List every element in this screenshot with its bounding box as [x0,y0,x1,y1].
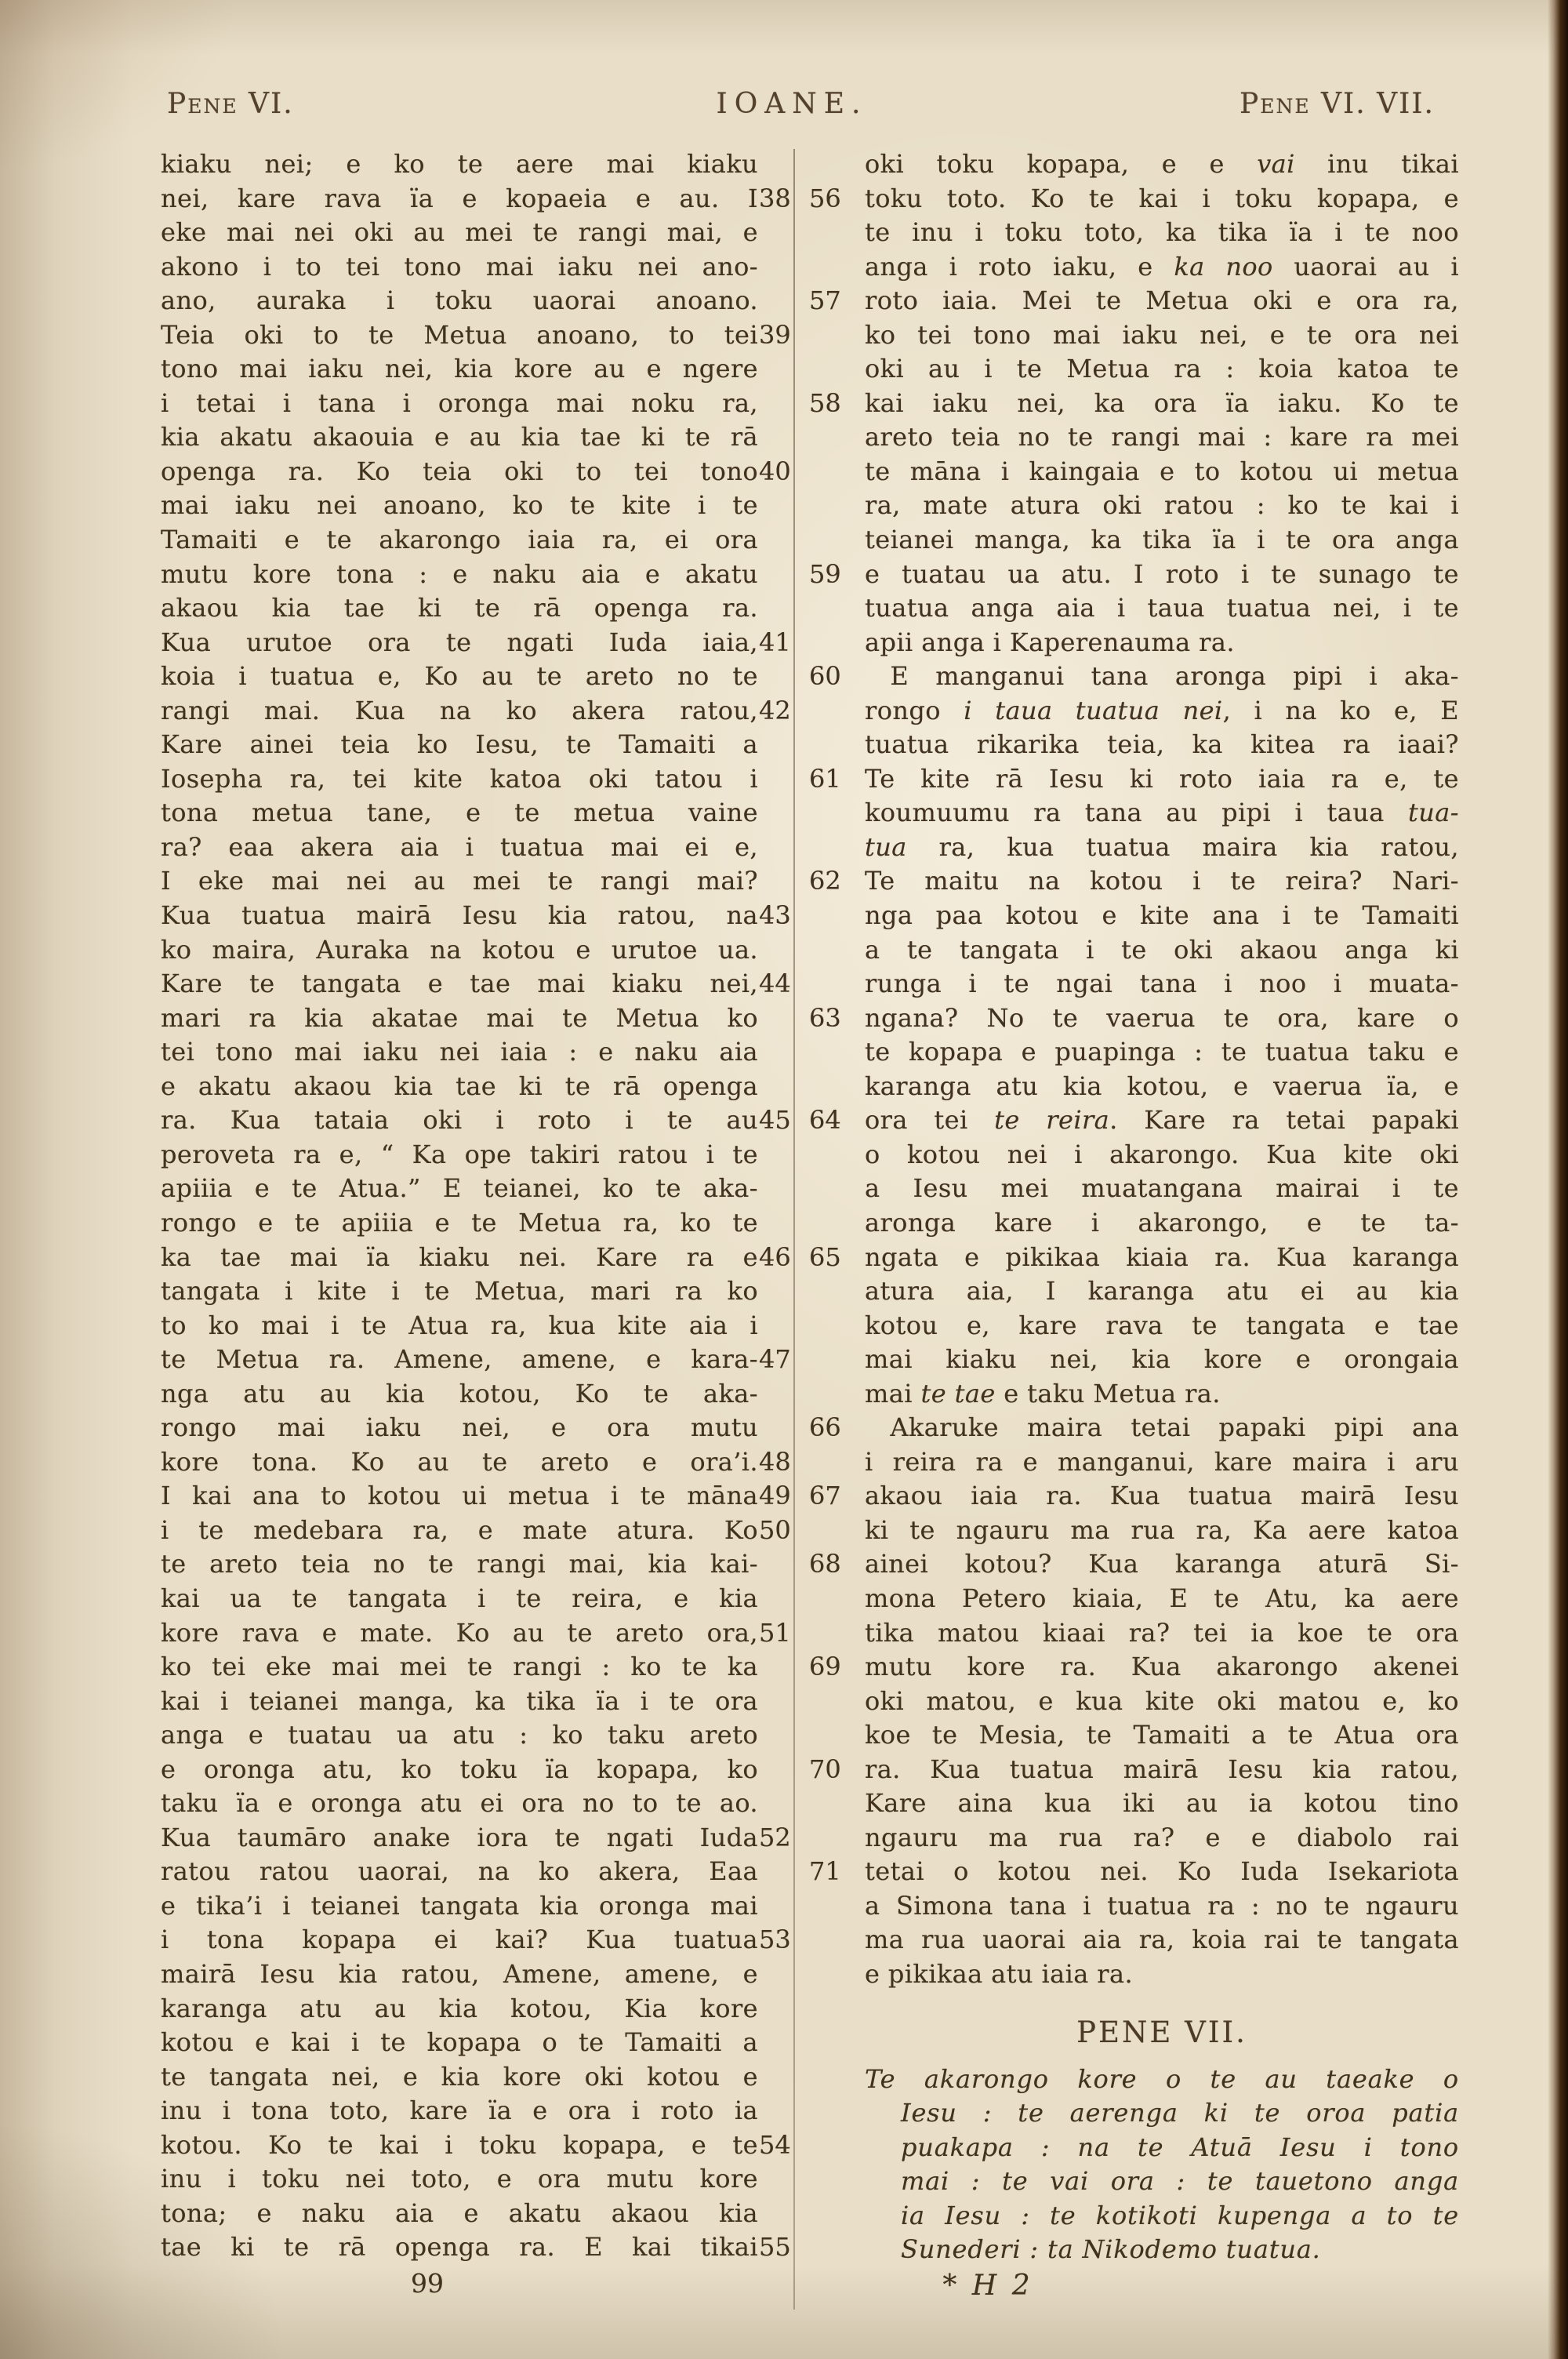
verse-line: koumuumu ra tana au pipi i taua tua- [865,796,1459,831]
italic-verse-text: ka noo [1174,252,1272,282]
verse-line: oki matou, e kua kite oki matou e, ko [865,1685,1459,1719]
verse-text: e tuatau ua atu. I roto i te sunago te [865,559,1459,589]
verse-line: inu i toku nei toto, e ora mutu kore [161,2162,758,2197]
verse-text: rongo mai iaku nei, e ora mutu [161,1412,758,1442]
verse-line: 40openga ra. Ko teia oki to tei tono [161,455,758,489]
verse-text: kotou. Ko te kai i toku kopapa, e te [161,2130,758,2160]
running-head-right: Pene VI. VII. [1121,88,1435,121]
verse-number: 61 [809,762,858,797]
verse-text: taku ïa e oronga atu ei ora no to te ao. [161,1788,758,1818]
verse-text: kai iaku nei, ka ora ïa iaku. Ko te [865,388,1459,418]
verse-line: 58kai iaku nei, ka ora ïa iaku. Ko te [865,387,1459,421]
verse-line: i tetai i tana i oronga mai noku ra, [161,387,758,421]
book-page-photo: { "header": { "left": "Pene VI.", "cente… [0,0,1568,2359]
verse-text: rangi mai. Kua na ko akera ratou, [161,696,758,725]
verse-text: oki matou, e kua kite oki matou e, ko [865,1686,1459,1716]
verse-text: e akatu akaou kia tae ki te rā openga [161,1071,758,1101]
verse-text: Sunederi : ta Nikodemo tuatua. [901,2234,1321,2264]
verse-line: a Simona tana i tuatua ra : no te ngauru [865,1889,1459,1924]
left-column: kiaku nei; e ko te aere mai kiaku38nei, … [161,147,758,2265]
verse-text: ora tei [865,1105,994,1135]
verse-text: oki toku kopapa, e e [865,149,1257,179]
verse-text: tona metua tane, e te metua vaine [161,798,758,827]
verse-line: anga e tuatau ua atu : ko taku areto [161,1718,758,1753]
verse-text: inu i toku nei toto, e ora mutu kore [161,2164,758,2194]
verse-text: kai ua te tangata i te reira, e kia [161,1583,758,1613]
verse-line: koia i tuatua e, Ko au te areto no te [161,660,758,694]
verse-number: 41 [759,626,796,660]
verse-text: te tangata nei, e kia kore oki kotou e [161,2062,758,2092]
verse-line: nga paa kotou e kite ana i te Tamaiti [865,899,1459,933]
verse-text: areto teia no te rangi mai : kare ra mei [865,422,1459,452]
verse-line: 38nei, kare rava ïa e kopaeia e au. I [161,182,758,216]
verse-number: 50 [759,1514,796,1548]
verse-text: anga e tuatau ua atu : ko taku areto [161,1720,758,1750]
verse-number: 47 [759,1343,796,1377]
verse-line: 42rangi mai. Kua na ko akera ratou, [161,694,758,729]
verse-number: 40 [759,455,796,489]
verse-line: a Iesu mei muatangana mairai i te [865,1172,1459,1206]
verse-text: Te kite rā Iesu ki roto iaia ra e, te [865,764,1459,794]
verse-line: karanga atu au kia kotou, Kia kore [161,1992,758,2026]
verse-text: koumuumu ra tana au pipi i taua [865,798,1408,827]
verse-line: te areto teia no te rangi mai, kia kai- [161,1547,758,1582]
verse-text: Kua taumāro anake iora te ngati Iuda [161,1823,758,1852]
chapter-summary-line: puakapa : na te Atuā Iesu i tono [865,2131,1459,2165]
verse-text: nei, kare rava ïa e kopaeia e au. I [161,184,758,213]
verse-text: Kare aina kua iki au ia kotou tino [865,1788,1459,1818]
verse-line: ko tei tono mai iaku nei, e te ora nei [865,318,1459,353]
verse-number: 68 [809,1547,858,1582]
verse-text: Teia oki to te Metua anoano, to tei [161,320,758,350]
verse-text: te areto teia no te rangi mai, kia kai- [161,1549,758,1579]
verse-text: kotou e, kare rava te tangata e tae [865,1310,1459,1340]
verse-line: 54kotou. Ko te kai i toku kopapa, e te [161,2128,758,2163]
verse-text: ra. Kua tuatua mairā Iesu kia ratou, [865,1754,1459,1784]
verse-text: ra. Kua tataia oki i roto i te au [161,1105,758,1135]
verse-text: roto iaia. Mei te Metua oki e ora ra, [865,285,1459,315]
verse-line: 71tetai o kotou nei. Ko Iuda Isekariota [865,1855,1459,1889]
verse-text: i te medebara ra, e mate atura. Ko [161,1515,758,1545]
verse-text: akono i to tei tono mai iaku nei ano- [161,252,758,282]
verse-line: apii anga i Kaperenauma ra. [865,626,1459,660]
verse-line: 48kore tona. Ko au te areto e ora’i. [161,1445,758,1480]
verse-text: eke mai nei oki au mei te rangi mai, e [161,217,758,247]
verse-line: 63ngana? No te vaerua te ora, kare o [865,1001,1459,1036]
verse-number: 46 [759,1241,796,1275]
verse-number: 60 [809,660,858,694]
verse-number: 53 [759,1923,796,1957]
verse-number: 52 [759,1821,796,1856]
verse-line: i reira ra e manganui, kare maira i aru [865,1445,1459,1480]
verse-text: oki au i te Metua ra : koia katoa te [865,354,1459,383]
verse-line: kiaku nei; e ko te aere mai kiaku [161,147,758,182]
verse-text: i reira ra e manganui, kare maira i aru [865,1447,1459,1477]
verse-line: mutu kore tona : e naku aia e akatu [161,558,758,592]
verse-line: 66 Akaruke maira tetai papaki pipi ana [865,1411,1459,1445]
verse-line: tuatua rikarika teia, ka kitea ra iaai? [865,728,1459,762]
verse-text: ki te ngauru ma rua ra, Ka aere katoa [865,1515,1459,1545]
verse-text: e pikikaa atu iaia ra. [865,1959,1133,1989]
verse-text: toku toto. Ko te kai i toku kopapa, e [865,184,1459,213]
verse-text: e oronga atu, ko toku ïa kopapa, ko [161,1754,758,1784]
verse-text: Kare ainei teia ko Iesu, te Tamaiti a [161,729,758,759]
verse-text: te Metua ra. Amene, amene, e kara- [161,1344,758,1374]
verse-line: 45ra. Kua tataia oki i roto i te au [161,1103,758,1138]
verse-text: ia Iesu : te kotikoti kupenga a to te [901,2201,1459,2230]
verse-text: mairā Iesu kia ratou, Amene, amene, e [161,1959,758,1989]
verse-text: mutu kore ra. Kua akarongo akenei [865,1652,1459,1681]
verse-text: i tona kopapa ei kai? Kua tuatua [161,1925,758,1954]
verse-text: mai kiaku nei, kia kore e orongaia [865,1344,1459,1374]
verse-text: Te akarongo kore o te au taeake o [865,2064,1459,2094]
verse-number: 38 [759,182,796,216]
verse-number: 69 [809,1650,858,1685]
verse-number: 54 [759,2128,796,2163]
verse-text: apii anga i Kaperenauma ra. [865,627,1235,657]
verse-line: 56toku toto. Ko te kai i toku kopapa, e [865,182,1459,216]
verse-text: akaou kia tae ki te rā openga ra. [161,593,758,623]
verse-line: 67akaou iaia ra. Kua tuatua mairā Iesu [865,1479,1459,1514]
verse-line: 59e tuatau ua atu. I roto i te sunago te [865,558,1459,592]
verse-line: te māna i kaingaia e to kotou ui metua [865,455,1459,489]
verse-line: 52Kua taumāro anake iora te ngati Iuda [161,1821,758,1856]
verse-text: a Simona tana i tuatua ra : no te ngauru [865,1891,1459,1921]
verse-number: 62 [809,864,858,899]
verse-text: Kua urutoe ora te ngati Iuda iaia, [161,627,758,657]
verse-line: kotou e kai i te kopapa o te Tamaiti a [161,2026,758,2060]
verse-line: te tangata nei, e kia kore oki kotou e [161,2060,758,2095]
verse-number: 71 [809,1855,858,1889]
verse-line: akono i to tei tono mai iaku nei ano- [161,250,758,285]
verse-number: 59 [809,558,858,592]
verse-text: a Iesu mei muatangana mairai i te [865,1173,1459,1203]
verse-line: ki te ngauru ma rua ra, Ka aere katoa [865,1514,1459,1548]
verse-text: ngana? No te vaerua te ora, kare o [865,1003,1459,1033]
verse-line: 41Kua urutoe ora te ngati Iuda iaia, [161,626,758,660]
verse-text: ko maira, Auraka na kotou e urutoe ua. [161,935,758,965]
verse-text: ano, auraka i toku uaorai anoano. [161,285,758,315]
verse-number: 70 [809,1753,858,1787]
verse-line: 62Te maitu na kotou i te reira? Nari- [865,864,1459,899]
verse-line: tika matou kiaai ra? tei ia koe te ora [865,1616,1459,1651]
verse-text: te inu i toku toto, ka tika ïa i te noo [865,217,1459,247]
verse-line: mari ra kia akatae mai te Metua ko [161,1001,758,1036]
verse-line: kia akatu akaouia e au kia tae ki te rā [161,420,758,455]
verse-text: ratou ratou uaorai, na ko akera, Eaa [161,1856,758,1886]
verse-line: inu i tona toto, kare ïa e ora i roto ia [161,2094,758,2128]
verse-number: 65 [809,1241,858,1275]
verse-text: ko tei tono mai iaku nei, e te ora nei [865,320,1459,350]
verse-text: uaorai au i [1273,252,1459,282]
verse-text: Kare te tangata e tae mai kiaku nei, [161,969,758,998]
verse-text: anga i roto iaku, e [865,252,1174,282]
chapter-summary-line: Iesu : te aerenga ki te oroa patia [865,2096,1459,2131]
verse-line: mai iaku nei anoano, ko te kite i te [161,489,758,523]
verse-number: 49 [759,1479,796,1514]
verse-text: Akaruke maira tetai papaki pipi ana [865,1412,1459,1442]
verse-text: mutu kore tona : e naku aia e akatu [161,559,758,589]
italic-verse-text: te tae [920,1379,995,1408]
verse-line: to ko mai i te Atua ra, kua kite aia i [161,1309,758,1343]
verse-line: 68ainei kotou? Kua karanga aturā Si- [865,1547,1459,1582]
verse-text: ainei kotou? Kua karanga aturā Si- [865,1549,1459,1579]
verse-line: oki au i te Metua ra : koia katoa te [865,352,1459,387]
page-number: 99 [161,2268,694,2299]
verse-number: 44 [759,967,796,1001]
verse-text: , i na ko e, E [1223,696,1459,725]
verse-line: peroveta ra e, “ Ka ope takiri ratou i t… [161,1138,758,1172]
italic-verse-text: vai [1257,149,1295,179]
verse-line: 46ka tae mai ïa kiaku nei. Kare ra e [161,1241,758,1275]
verse-text: aronga kare i akarongo, e te ta- [865,1208,1459,1238]
verse-text: to ko mai i te Atua ra, kua kite aia i [161,1310,758,1340]
verse-line: akaou kia tae ki te rā openga ra. [161,591,758,626]
verse-line: I eke mai nei au mei te rangi mai? [161,864,758,899]
verse-text: peroveta ra e, “ Ka ope takiri ratou i t… [161,1140,758,1169]
verse-line: 43Kua tuatua mairā Iesu kia ratou, na [161,899,758,933]
verse-text: Tamaiti e te akarongo iaia ra, ei ora [161,525,758,554]
chapter-summary-line: ia Iesu : te kotikoti kupenga a to te [865,2199,1459,2234]
verse-line: 60 E manganui tana aronga pipi i aka- [865,660,1459,694]
verse-line: Kare aina kua iki au ia kotou tino [865,1787,1459,1821]
verse-text: nga paa kotou e kite ana i te Tamaiti [865,900,1459,930]
verse-number: 56 [809,182,858,216]
running-head-left: Pene VI. [167,88,294,121]
verse-text: Te maitu na kotou i te reira? Nari- [865,866,1459,896]
verse-number: 63 [809,1001,858,1036]
verse-text: tangata i kite i te Metua, mari ra ko [161,1276,758,1306]
verse-text: Kua tuatua mairā Iesu kia ratou, na [161,900,758,930]
verse-line: Kare ainei teia ko Iesu, te Tamaiti a [161,728,758,762]
verse-line: e tika’i i teianei tangata kia oronga ma… [161,1889,758,1924]
verse-number: 57 [809,284,858,318]
verse-line: 65ngata e pikikaa kiaia ra. Kua karanga [865,1241,1459,1275]
verse-line: e pikikaa atu iaia ra. [865,1957,1459,1992]
verse-text: kore tona. Ko au te areto e ora’i. [161,1447,758,1477]
verse-text: ka tae mai ïa kiaku nei. Kare ra e [161,1242,758,1272]
verse-line: 51kore rava e mate. Ko au te areto ora, [161,1616,758,1651]
verse-line: tei tono mai iaku nei iaia : e naku aia [161,1035,758,1070]
verse-line: 44Kare te tangata e tae mai kiaku nei, [161,967,758,1001]
verse-line: te kopapa e puapinga : te tuatua taku e [865,1035,1459,1070]
verse-line: kotou e, kare rava te tangata e tae [865,1309,1459,1343]
verse-line: ra? eaa akera aia i tuatua mai ei e, [161,831,758,865]
verse-line: te inu i toku toto, ka tika ïa i te noo [865,216,1459,250]
verse-text: openga ra. Ko teia oki to tei tono [161,456,758,486]
italic-verse-text: i taua tuatua nei [964,696,1222,725]
verse-line: kai i teianei manga, ka tika ïa i te ora [161,1685,758,1719]
verse-line: 64ora tei te reira. Kare ra tetai papaki [865,1103,1459,1138]
verse-number: 58 [809,387,858,421]
verse-line: mai kiaku nei, kia kore e orongaia [865,1343,1459,1377]
verse-line: tangata i kite i te Metua, mari ra ko [161,1274,758,1309]
verse-line: apiiia e te Atua.” E teianei, ko te aka- [161,1172,758,1206]
verse-text: atura aia, I karanga atu ei au kia [865,1276,1459,1306]
verse-text: ko tei eke mai mei te rangi : ko te ka [161,1652,758,1681]
verse-line: rongo i taua tuatua nei, i na ko e, E [865,694,1459,729]
verse-line: kai ua te tangata i te reira, e kia [161,1582,758,1616]
verse-line: ratou ratou uaorai, na ko akera, Eaa [161,1855,758,1889]
verse-line: a te tangata i te oki akaou anga ki [865,933,1459,968]
verse-line: Tamaiti e te akarongo iaia ra, ei ora [161,523,758,558]
verse-line: taku ïa e oronga atu ei ora no to te ao. [161,1787,758,1821]
verse-text: ra, mate atura oki ratou : ko te kai i [865,490,1459,520]
verse-text: rongo [865,696,964,725]
verse-number: 45 [759,1103,796,1138]
verse-number: 64 [809,1103,858,1138]
verse-line: mona Petero kiaia, E te Atu, ka aere [865,1582,1459,1616]
verse-text: e taku Metua ra. [996,1379,1221,1408]
verse-number: 67 [809,1479,858,1514]
chapter-summary-line: mai : te vai ora : te tauetono anga [865,2165,1459,2199]
verse-text: te kopapa e puapinga : te tuatua taku e [865,1037,1459,1067]
verse-text: mona Petero kiaia, E te Atu, ka aere [865,1583,1459,1613]
verse-text: akaou iaia ra. Kua tuatua mairā Iesu [865,1481,1459,1510]
verse-line: 69mutu kore ra. Kua akarongo akenei [865,1650,1459,1685]
verse-text: tetai o kotou nei. Ko Iuda Isekariota [865,1856,1459,1886]
verse-line: mai te tae e taku Metua ra. [865,1377,1459,1412]
verse-line: tua ra, kua tuatua maira kia ratou, [865,831,1459,865]
chapter-summary: Te akarongo kore o te au taeake oIesu : … [865,2063,1459,2267]
verse-line: 55tae ki te rā openga ra. E kai tikai [161,2230,758,2265]
photo-edge-strip [1548,0,1568,2359]
verse-text: kore rava e mate. Ko au te areto ora, [161,1618,758,1648]
verse-line: 53i tona kopapa ei kai? Kua tuatua [161,1923,758,1957]
verse-text: ra? eaa akera aia i tuatua mai ei e, [161,832,758,862]
verse-text: mai : te vai ora : te tauetono anga [901,2166,1459,2196]
verse-text: o kotou nei i akarongo. Kua kite oki [865,1140,1459,1169]
italic-verse-text: tua- [1408,798,1459,827]
verse-text: ngata e pikikaa kiaia ra. Kua karanga [865,1242,1459,1272]
verse-number: 66 [809,1411,858,1445]
verse-text: te māna i kaingaia e to kotou ui metua [865,456,1459,486]
verse-line: tuatua anga aia i taua tuatua nei, i te [865,591,1459,626]
verse-line: tona metua tane, e te metua vaine [161,796,758,831]
verse-text: apiiia e te Atua.” E teianei, ko te aka- [161,1173,758,1203]
verse-line: anga i roto iaku, e ka noo uaorai au i [865,250,1459,285]
verse-text: tono mai iaku nei, kia kore au e ngere [161,354,758,383]
verse-text: I eke mai nei au mei te rangi mai? [161,866,758,896]
italic-verse-text: te reira [994,1105,1109,1135]
verse-line: ma rua uaorai aia ra, koia rai te tangat… [865,1923,1459,1957]
verse-line: 49I kai ana to kotou ui metua i te māna [161,1479,758,1514]
verse-line: mairā Iesu kia ratou, Amene, amene, e [161,1957,758,1992]
verse-number: 48 [759,1445,796,1480]
verse-line: ko tei eke mai mei te rangi : ko te ka [161,1650,758,1685]
verse-line: koe te Mesia, te Tamaiti a te Atua ora [865,1718,1459,1753]
verse-text: kai i teianei manga, ka tika ïa i te ora [161,1686,758,1716]
verse-line: eke mai nei oki au mei te rangi mai, e [161,216,758,250]
verse-text: tae ki te rā openga ra. E kai tikai [161,2232,758,2262]
verse-line: o kotou nei i akarongo. Kua kite oki [865,1138,1459,1172]
verse-text: runga i te ngai tana i noo i muata- [865,969,1459,998]
verse-line: ngauru ma rua ra? e e diabolo rai [865,1821,1459,1856]
verse-line: teianei manga, ka tika ïa i te ora anga [865,523,1459,558]
verse-text: inu i tona toto, kare ïa e ora i roto ia [161,2095,758,2125]
verse-text: teianei manga, ka tika ïa i te ora anga [865,525,1459,554]
verse-text: tei tono mai iaku nei iaia : e naku aia [161,1037,758,1067]
verse-line: nga atu au kia kotou, Ko te aka- [161,1377,758,1412]
verse-text: ngauru ma rua ra? e e diabolo rai [865,1823,1459,1852]
verse-text: . Kare ra tetai papaki [1109,1105,1459,1135]
verse-text: nga atu au kia kotou, Ko te aka- [161,1379,758,1408]
verse-line: 61Te kite rā Iesu ki roto iaia ra e, te [865,762,1459,797]
verse-text: E manganui tana aronga pipi i aka- [865,661,1459,691]
verse-line: ra, mate atura oki ratou : ko te kai i [865,489,1459,523]
verse-line: 50i te medebara ra, e mate atura. Ko [161,1514,758,1548]
verse-line: 47te Metua ra. Amene, amene, e kara- [161,1343,758,1377]
verse-text: tika matou kiaai ra? tei ia koe te ora [865,1618,1459,1648]
verse-line: karanga atu kia kotou, e vaerua ïa, e [865,1070,1459,1104]
chapter-summary-line: Sunederi : ta Nikodemo tuatua. [865,2233,1459,2267]
verse-line: 70ra. Kua tuatua mairā Iesu kia ratou, [865,1753,1459,1787]
verse-text: e tika’i i teianei tangata kia oronga ma… [161,1891,758,1921]
verse-text: rongo e te apiiia e te Metua ra, ko te [161,1208,758,1238]
verse-text: mai iaku nei anoano, ko te kite i te [161,490,758,520]
verse-number: 43 [759,899,796,933]
verse-line: runga i te ngai tana i noo i muata- [865,967,1459,1001]
verse-number: 51 [759,1616,796,1651]
verse-line: tono mai iaku nei, kia kore au e ngere [161,352,758,387]
verse-line: aronga kare i akarongo, e te ta- [865,1206,1459,1241]
verse-line: rongo mai iaku nei, e ora mutu [161,1411,758,1445]
verse-number: 55 [759,2230,796,2265]
italic-verse-text: tua [865,832,907,862]
verse-text: ra, kua tuatua maira kia ratou, [907,832,1459,862]
verse-line: rongo e te apiiia e te Metua ra, ko te [161,1206,758,1241]
verse-text: koia i tuatua e, Ko au te areto no te [161,661,758,691]
verse-text: tuatua anga aia i taua tuatua nei, i te [865,593,1459,623]
running-head-center: IOANE. [643,88,941,121]
verse-text: puakapa : na te Atuā Iesu i tono [901,2132,1459,2162]
verse-text: mari ra kia akatae mai te Metua ko [161,1003,758,1033]
verse-line: ko maira, Auraka na kotou e urutoe ua. [161,933,758,968]
chapter-heading: PENE VII. [865,2014,1459,2052]
verse-number: 39 [759,318,796,353]
printer-signature: * H 2 [902,2270,1074,2302]
verse-text: a te tangata i te oki akaou anga ki [865,935,1459,965]
verse-text: I kai ana to kotou ui metua i te māna [161,1481,758,1510]
verse-text: tuatua rikarika teia, ka kitea ra iaai? [865,729,1459,759]
verse-line: 39Teia oki to te Metua anoano, to tei [161,318,758,353]
verse-text: karanga atu au kia kotou, Kia kore [161,1994,758,2023]
verse-line: 57roto iaia. Mei te Metua oki e ora ra, [865,284,1459,318]
verse-line: oki toku kopapa, e e vai inu tikai [865,147,1459,182]
verse-text: mai [865,1379,920,1408]
chapter-summary-line: Te akarongo kore o te au taeake o [865,2063,1459,2097]
verse-text: koe te Mesia, te Tamaiti a te Atua ora [865,1720,1459,1750]
verse-text: i tetai i tana i oronga mai noku ra, [161,388,758,418]
verse-text: inu tikai [1295,149,1459,179]
verse-text: karanga atu kia kotou, e vaerua ïa, e [865,1071,1459,1101]
verse-text: kia akatu akaouia e au kia tae ki te rā [161,422,758,452]
verse-line: atura aia, I karanga atu ei au kia [865,1274,1459,1309]
verse-line: Iosepha ra, tei kite katoa oki tatou i [161,762,758,797]
verse-text: Iesu : te aerenga ki te oroa patia [901,2098,1459,2128]
verse-text: kotou e kai i te kopapa o te Tamaiti a [161,2027,758,2057]
verse-line: ano, auraka i toku uaorai anoano. [161,284,758,318]
right-column: oki toku kopapa, e e vai inu tikai56toku… [865,147,1459,2267]
verse-text: Iosepha ra, tei kite katoa oki tatou i [161,764,758,794]
verse-line: tona; e naku aia e akatu akaou kia [161,2197,758,2231]
verse-text: tona; e naku aia e akatu akaou kia [161,2198,758,2228]
verse-line: areto teia no te rangi mai : kare ra mei [865,420,1459,455]
verse-text: ma rua uaorai aia ra, koia rai te tangat… [865,1925,1459,1954]
verse-line: e oronga atu, ko toku ïa kopapa, ko [161,1753,758,1787]
verse-line: e akatu akaou kia tae ki te rā openga [161,1070,758,1104]
verse-number: 42 [759,694,796,729]
